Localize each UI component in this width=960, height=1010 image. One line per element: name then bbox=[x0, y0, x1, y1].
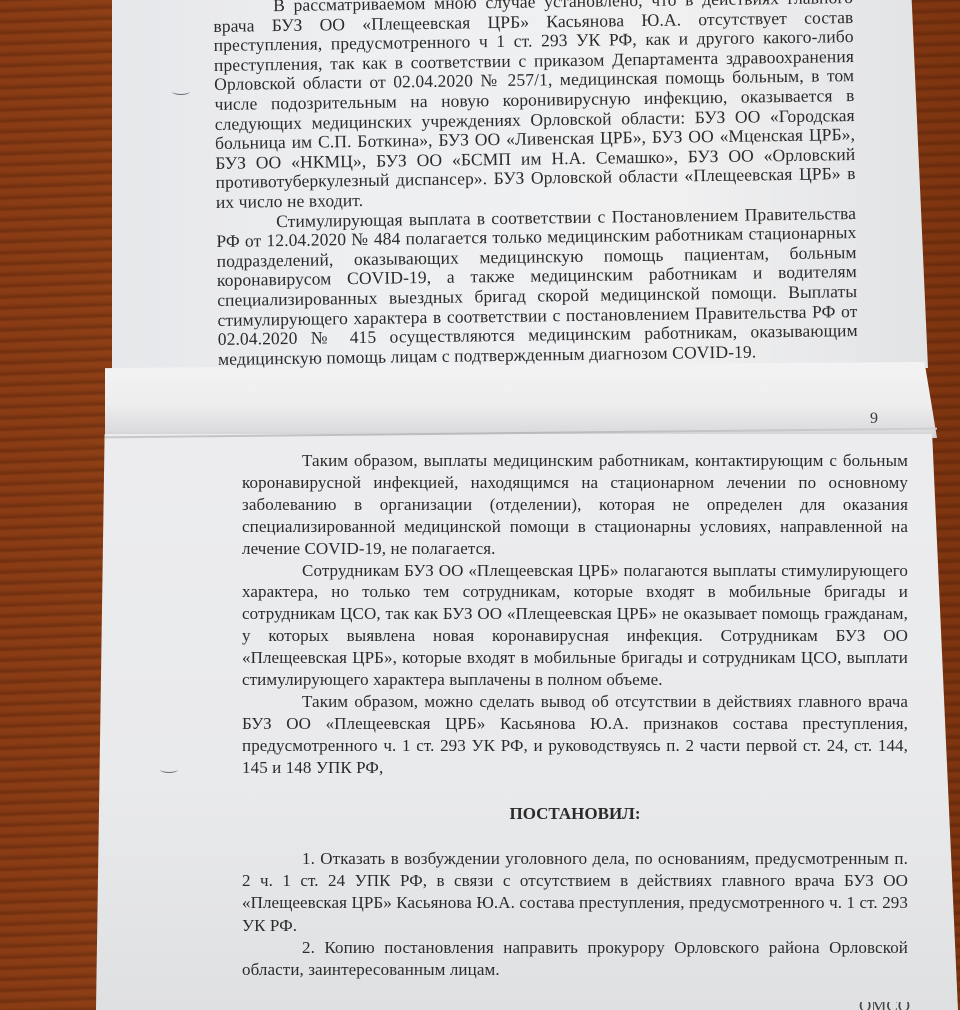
paragraph: В рассматриваемом мною случае установлен… bbox=[213, 0, 856, 213]
paragraph: Таким образом, выплаты медицинским работ… bbox=[242, 450, 908, 560]
clipped-text-line: ОМСО bbox=[300, 1002, 910, 1010]
paragraph: Стимулирующая выплата в соответствии с П… bbox=[216, 204, 858, 370]
pen-mark bbox=[160, 766, 178, 773]
page-number: 9 bbox=[870, 410, 878, 428]
paragraph: Таким образом, можно сделать вывод об от… bbox=[242, 691, 908, 779]
resolution-item: 1. Отказать в возбуждении уголовного дел… bbox=[242, 848, 908, 937]
lower-page-text: Таким образом, выплаты медицинским работ… bbox=[242, 450, 908, 779]
clipped-text: ОМСО bbox=[859, 1002, 910, 1010]
upper-page-text: В рассматриваемом мною случае установлен… bbox=[213, 0, 858, 369]
folded-page-strip bbox=[105, 362, 937, 438]
resolution-list: 1. Отказать в возбуждении уголовного дел… bbox=[242, 848, 908, 981]
pen-mark bbox=[172, 88, 190, 95]
paragraph: Сотрудникам БУЗ ОО «Плещеевская ЦРБ» пол… bbox=[242, 560, 908, 691]
resolution-heading: ПОСТАНОВИЛ: bbox=[242, 804, 908, 824]
resolution-item: 2. Копию постановления направить прокуро… bbox=[242, 937, 908, 981]
